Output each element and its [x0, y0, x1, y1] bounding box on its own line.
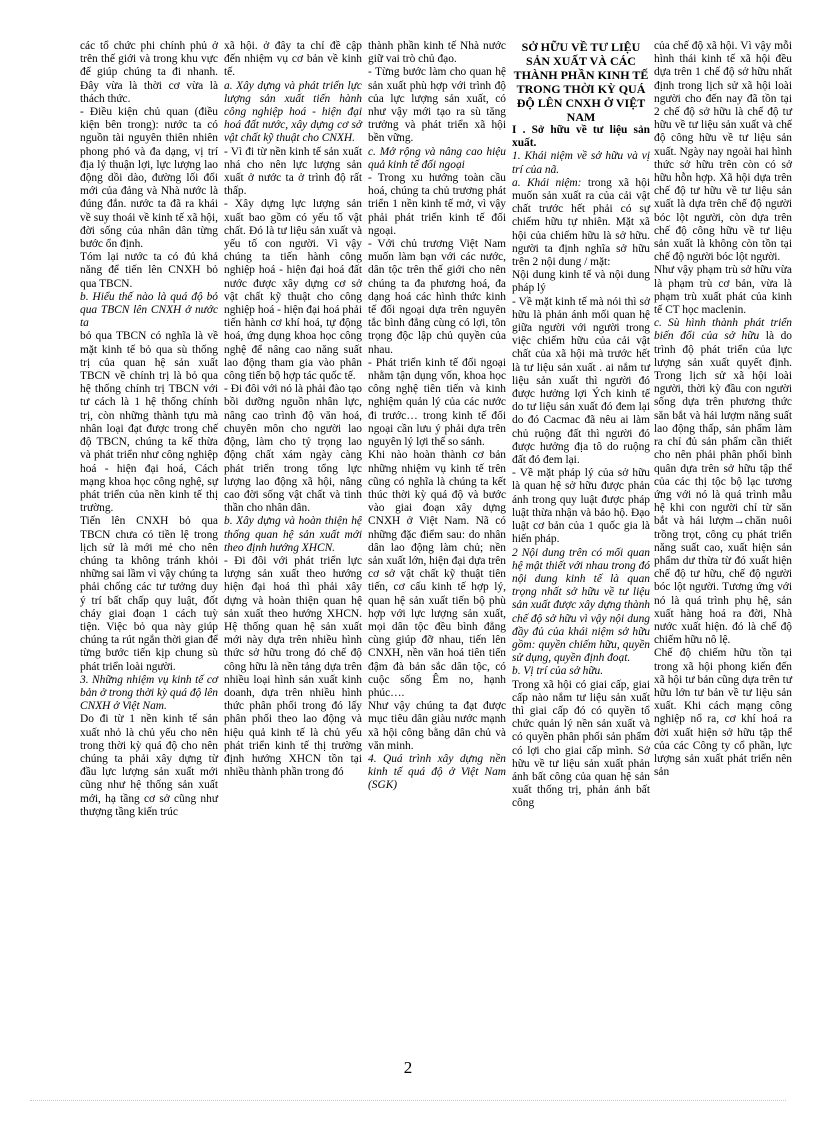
- paragraph: - Vì đi từ nền kinh tế sản xuất nhá cho …: [224, 146, 362, 199]
- subheading: 1. Khái niệm về sở hữu và vị trí của nã.: [512, 150, 650, 176]
- paragraph: - Đi đôi với nó là phải đào tạo bồi dưỡn…: [224, 383, 362, 515]
- section-heading: I . Sở hữu về tư liệu sản xuất.: [512, 124, 650, 150]
- subheading: b. Xây dựng và hoàn thiện hệ thống quan …: [224, 515, 362, 555]
- document-page: các tổ chức phi chính phủ ở trên thế giớ…: [0, 0, 816, 1123]
- paragraph: Tóm lại nước ta có đủ khả năng để tiến l…: [80, 251, 218, 291]
- subheading: c. Mở rộng và nâng cao hiệu quả kinh tế …: [368, 146, 506, 172]
- text-column-3: thành phần kinh tế Nhà nước giữ vai trò …: [368, 40, 506, 793]
- paragraph: a. Khái niệm: trong xã hội muốn sản xuất…: [512, 177, 650, 269]
- page-bottom-divider: [30, 1100, 786, 1101]
- paragraph: Như vậy phạm trù sở hữu vừa là phạm trù …: [654, 264, 792, 317]
- paragraph: Nội dung kinh tế và nội dung pháp lý: [512, 269, 650, 295]
- subheading: a. Xây dựng và phát triển lực lượng sản …: [224, 80, 362, 146]
- paragraph: Khi nào hoàn thành cơ bản những nhiệm vụ…: [368, 449, 506, 700]
- inline-term: a. Khái niệm:: [512, 177, 581, 189]
- paragraph: - Phát triển kinh tế đối ngoại nhằm tận …: [368, 357, 506, 449]
- paragraph: c. Sù hình thành phát triển biến đổi của…: [654, 317, 792, 647]
- paragraph: thành phần kinh tế Nhà nước giữ vai trò …: [368, 40, 506, 66]
- text-column-2: xã hội. ở đây ta chỉ đề cập đến nhiệm vụ…: [224, 40, 362, 779]
- paragraph: Chế độ chiếm hữu tồn tại trong xã hội ph…: [654, 647, 792, 779]
- paragraph: xã hội. ở đây ta chỉ đề cập đến nhiệm vụ…: [224, 40, 362, 80]
- italic-paragraph: 2 Nội dung trên có mối quan hệ mật thiết…: [512, 547, 650, 666]
- paragraph: - Về mặt kinh tế mà nói thì sở hữu là ph…: [512, 296, 650, 468]
- paragraph: - Xây dựng lực lượng sản xuất bao gồm có…: [224, 198, 362, 383]
- paragraph: - Với chủ trương Việt Nam muốn làm bạn v…: [368, 238, 506, 357]
- paragraph: Tiến lên CNXH bỏ qua TBCN chưa có tiền l…: [80, 515, 218, 673]
- page-number: 2: [0, 1058, 816, 1078]
- subheading: 3. Những nhiệm vụ kinh tế cơ bản ở trong…: [80, 674, 218, 714]
- paragraph: - Điều kiện chủ quan (điều kiện bên tron…: [80, 106, 218, 251]
- text-column-4: SỞ HỮU VỀ TƯ LIỆU SẢN XUẤT VÀ CÁC THÀNH …: [512, 40, 650, 811]
- subheading: 4. Quá trình xây dựng nền kinh tế quá độ…: [368, 753, 506, 793]
- paragraph: - Từng bước làm cho quan hệ sản xuất phù…: [368, 66, 506, 145]
- paragraph: Như vậy chúng ta đạt được mục tiêu dân g…: [368, 700, 506, 753]
- paragraph: các tổ chức phi chính phủ ở trên thế giớ…: [80, 40, 218, 106]
- paragraph: - Trong xu hướng toàn cầu hoá, chúng ta …: [368, 172, 506, 238]
- paragraph: của chế độ xã hội. Vì vậy mỗi hình thái …: [654, 40, 792, 264]
- paragraph: - Đi đôi với phát triển lực lượng sản xu…: [224, 555, 362, 779]
- paragraph: - Về mặt pháp lý của sở hữu là quan hệ s…: [512, 467, 650, 546]
- subheading: b. Vị trí của sở hữu.: [512, 665, 650, 678]
- paragraph: Do đi từ 1 nền kinh tế sản xuất nhỏ là c…: [80, 713, 218, 819]
- paragraph: Trong xã hội có giai cấp, giai cấp nào n…: [512, 679, 650, 811]
- paragraph: bỏ qua TBCN có nghĩa là về mặt kinh tế b…: [80, 330, 218, 515]
- subheading: b. Hiểu thế nào là quá độ bỏ qua TBCN lê…: [80, 291, 218, 331]
- text-column-1: các tổ chức phi chính phủ ở trên thế giớ…: [80, 40, 218, 819]
- text-column-5: của chế độ xã hội. Vì vậy mỗi hình thái …: [654, 40, 792, 779]
- section-title: SỞ HỮU VỀ TƯ LIỆU SẢN XUẤT VÀ CÁC THÀNH …: [512, 40, 650, 124]
